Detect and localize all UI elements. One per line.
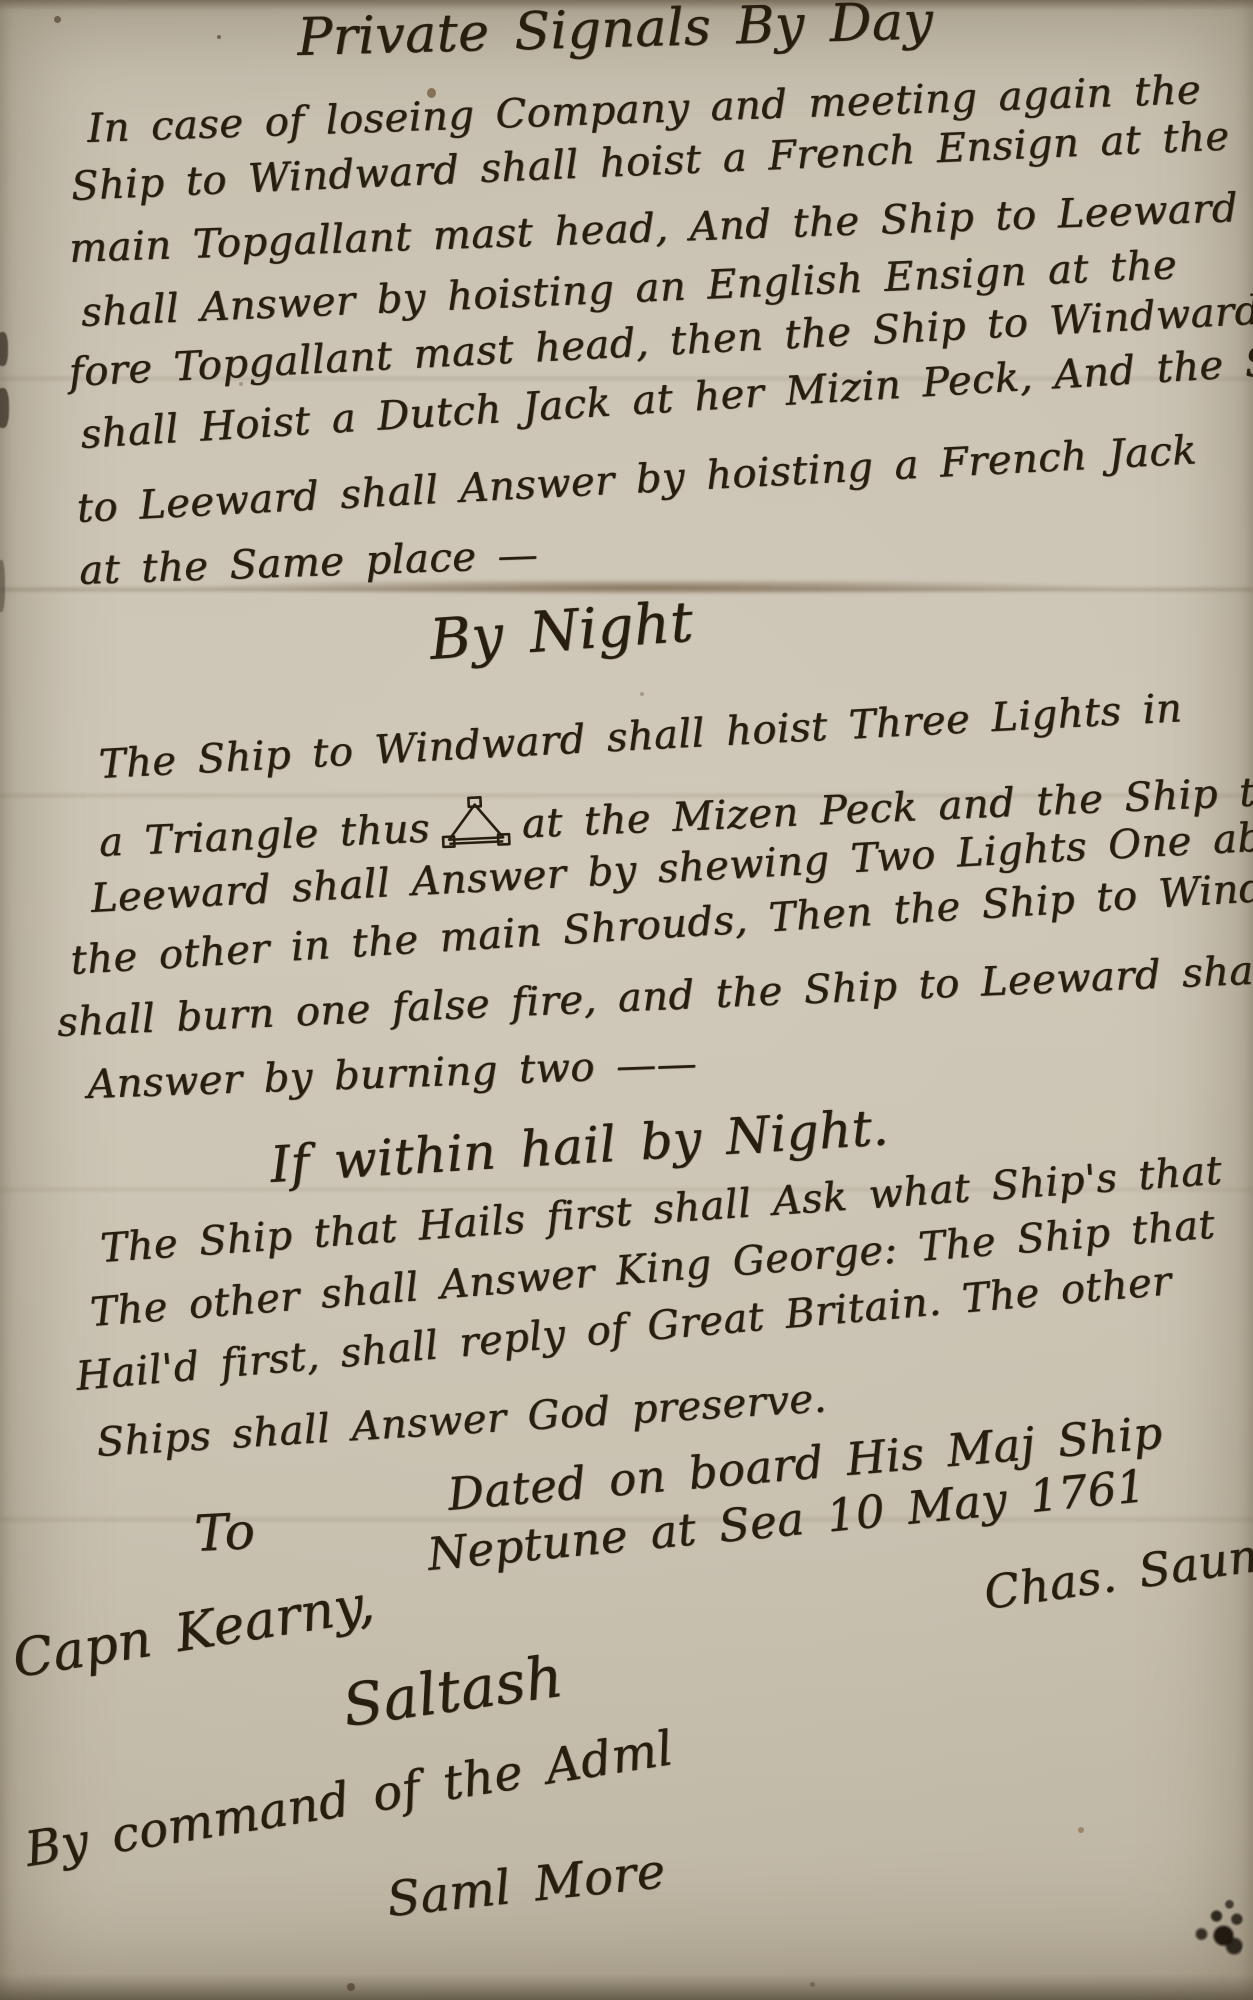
manuscript-page: Private Signals By Day In case of losein… — [0, 0, 1253, 2000]
paper-bottom-edge — [0, 1974, 1253, 2000]
torn-edge-mark-3 — [0, 560, 5, 612]
torn-edge-mark-2 — [0, 388, 9, 428]
paper-speck — [217, 35, 221, 39]
paper-speck — [640, 692, 644, 696]
document-title: Private Signals By Day — [296, 0, 933, 68]
torn-edge-mark-1 — [0, 332, 8, 366]
command-line-2: Saml More — [384, 1843, 668, 1928]
addressee-to: To — [193, 1502, 257, 1563]
night-line-2-before: a Triangle thus — [98, 806, 431, 866]
addressee-ship: Saltash — [339, 1642, 568, 1740]
signature-chas-saunders: Chas. Saunders — [980, 1514, 1253, 1620]
paper-speck — [54, 16, 61, 23]
night-heading: By Night — [427, 590, 695, 673]
paper-speck — [347, 1983, 355, 1991]
paper-speck — [810, 1982, 815, 1987]
addressee-name: Capn Kearny, — [9, 1574, 379, 1690]
ink-splatter — [1183, 1881, 1253, 1962]
paper-speck — [1078, 1827, 1084, 1833]
three-lights-triangle-icon — [439, 794, 513, 851]
night-line-6: Answer by burning two —— — [86, 1041, 697, 1108]
